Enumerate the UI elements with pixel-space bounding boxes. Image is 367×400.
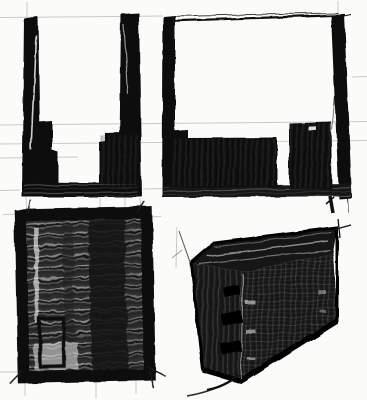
sketch-plan-view [6, 197, 165, 391]
left-construction-diagonal [179, 231, 190, 262]
right-block-texture [100, 135, 138, 186]
sketch-front-elevation [22, 13, 142, 197]
guide-perspective-vertical [176, 227, 177, 268]
left-construction-flick [172, 250, 182, 258]
sketch-sheet [0, 0, 367, 400]
plan-dark-band [88, 219, 127, 370]
sketch-perspective-view [172, 196, 351, 396]
bottom-right-tail [347, 198, 348, 212]
top-rail-overshoot [344, 15, 351, 17]
box-front-face-speckle [241, 253, 337, 381]
guide-base-horizontal-left [0, 190, 20, 191]
right-block-fleck [308, 126, 316, 130]
sketch-canvas [0, 0, 367, 400]
left-step-block [38, 121, 58, 186]
guide-right-margin-tick [352, 77, 367, 78]
sketch-side-elevation [162, 13, 352, 212]
right-block-texture [290, 123, 331, 188]
center-block-texture [172, 139, 276, 186]
